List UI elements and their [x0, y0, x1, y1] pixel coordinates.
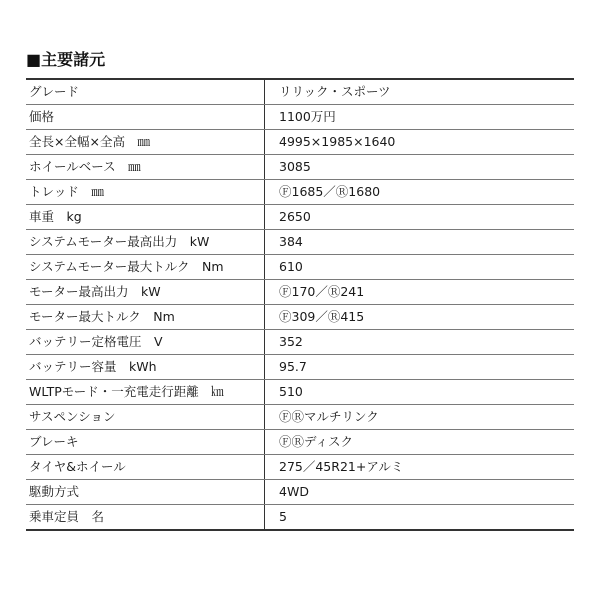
spec-label: 価格 — [26, 105, 265, 130]
table-row: モーター最大トルク Nm Ⓕ309／Ⓡ415 — [26, 305, 574, 330]
table-row: 乗車定員 名 5 — [26, 505, 574, 531]
spec-value: Ⓕ309／Ⓡ415 — [265, 305, 575, 330]
section-title: ■主要諸元 — [26, 50, 105, 70]
spec-label: トレッド ㎜ — [26, 180, 265, 205]
table-row: タイヤ&ホイール 275／45R21+アルミ — [26, 455, 574, 480]
table-row: バッテリー容量 kWh 95.7 — [26, 355, 574, 380]
spec-value: 275／45R21+アルミ — [265, 455, 575, 480]
spec-label: ホイールベース ㎜ — [26, 155, 265, 180]
spec-value: ⒻⓇマルチリンク — [265, 405, 575, 430]
spec-value: 510 — [265, 380, 575, 405]
spec-label: タイヤ&ホイール — [26, 455, 265, 480]
table-row: サスペンション ⒻⓇマルチリンク — [26, 405, 574, 430]
spec-label: バッテリー定格電圧 V — [26, 330, 265, 355]
spec-value: Ⓕ170／Ⓡ241 — [265, 280, 575, 305]
spec-label: 駆動方式 — [26, 480, 265, 505]
spec-label: モーター最大トルク Nm — [26, 305, 265, 330]
table-row: 車重 kg 2650 — [26, 205, 574, 230]
spec-value: 3085 — [265, 155, 575, 180]
spec-label: バッテリー容量 kWh — [26, 355, 265, 380]
spec-value: 1100万円 — [265, 105, 575, 130]
spec-label: システムモーター最高出力 kW — [26, 230, 265, 255]
table-row: WLTPモード・一充電走行距離 ㎞ 510 — [26, 380, 574, 405]
spec-label: モーター最高出力 kW — [26, 280, 265, 305]
spec-value: 384 — [265, 230, 575, 255]
spec-label: サスペンション — [26, 405, 265, 430]
spec-label: ブレーキ — [26, 430, 265, 455]
table-row: システムモーター最大トルク Nm 610 — [26, 255, 574, 280]
table-row: システムモーター最高出力 kW 384 — [26, 230, 574, 255]
spec-value: 4WD — [265, 480, 575, 505]
table-row: 全長×全幅×全高 ㎜ 4995×1985×1640 — [26, 130, 574, 155]
table-row: 価格 1100万円 — [26, 105, 574, 130]
spec-value: 95.7 — [265, 355, 575, 380]
spec-value: 610 — [265, 255, 575, 280]
spec-table: グレード リリック・スポーツ 価格 1100万円 全長×全幅×全高 ㎜ 4995… — [26, 78, 574, 531]
table-row: グレード リリック・スポーツ — [26, 79, 574, 105]
table-row: トレッド ㎜ Ⓕ1685／Ⓡ1680 — [26, 180, 574, 205]
spec-label: 車重 kg — [26, 205, 265, 230]
table-row: モーター最高出力 kW Ⓕ170／Ⓡ241 — [26, 280, 574, 305]
spec-value: 5 — [265, 505, 575, 531]
spec-value: Ⓕ1685／Ⓡ1680 — [265, 180, 575, 205]
spec-label: WLTPモード・一充電走行距離 ㎞ — [26, 380, 265, 405]
spec-label: グレード — [26, 79, 265, 105]
spec-value: 4995×1985×1640 — [265, 130, 575, 155]
spec-label: 全長×全幅×全高 ㎜ — [26, 130, 265, 155]
spec-label: 乗車定員 名 — [26, 505, 265, 531]
spec-value: 2650 — [265, 205, 575, 230]
spec-label: システムモーター最大トルク Nm — [26, 255, 265, 280]
table-row: バッテリー定格電圧 V 352 — [26, 330, 574, 355]
spec-value: ⒻⓇディスク — [265, 430, 575, 455]
spec-value: 352 — [265, 330, 575, 355]
table-row: ホイールベース ㎜ 3085 — [26, 155, 574, 180]
spec-value: リリック・スポーツ — [265, 79, 575, 105]
table-row: 駆動方式 4WD — [26, 480, 574, 505]
table-row: ブレーキ ⒻⓇディスク — [26, 430, 574, 455]
